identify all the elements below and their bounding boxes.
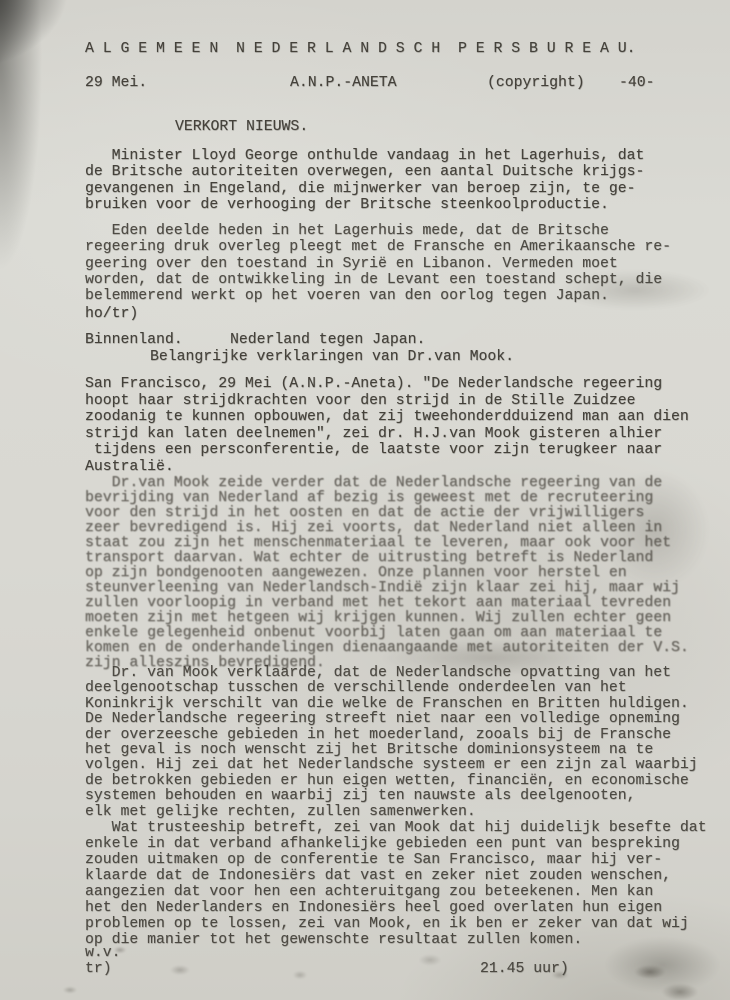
text-line: zoodanig te kunnen opbouwen, dat zij twe…	[85, 409, 689, 426]
text-line: hoopt haar strijdkrachten voor den strij…	[85, 393, 689, 410]
text-line: worden, dat de ontwikkeling in de Levant…	[85, 272, 671, 288]
rubric-label: Binnenland.	[85, 332, 183, 348]
text-line: moeten zijn met hetgeen wij krijgen kunn…	[85, 611, 689, 626]
text-line: aangezien dat voor hen een achteruitgang…	[85, 884, 707, 900]
text-line: op zijn bondgenooten aangewezen. Onze pl…	[85, 566, 689, 581]
text-line: systemen behouden en waarbij zij ten nau…	[85, 789, 698, 804]
news-paragraph-2: Eden deelde heden in het Lagerhuis mede,…	[85, 223, 671, 304]
article-headline: Nederland tegen Japan.	[230, 332, 425, 348]
text-line: der overzeesche gebieden in het moederla…	[85, 728, 698, 743]
text-line: deelgenootschap tusschen de verschillend…	[85, 681, 698, 696]
article-paragraph-1: San Francisco, 29 Mei (A.N.P.-Aneta). "D…	[85, 376, 689, 476]
text-line: elk met gelijke rechten, zullen samenwer…	[85, 805, 698, 820]
text-line: geering over den toestand in Syrië en Li…	[85, 256, 671, 272]
text-line: zeer bevredigend is. Hij zei voorts, dat…	[85, 521, 689, 536]
text-line: de betrokken gebieden er hun eigen wette…	[85, 774, 698, 789]
text-line: het den Nederlanders en Indonesiërs heel…	[85, 900, 707, 916]
text-line: de Britsche autoriteiten overwegen, een …	[85, 164, 644, 180]
text-line: enkele gelegenheid onbenut voorbij laten…	[85, 626, 689, 641]
article-paragraph-3: Dr. van Mook verklaarde, dat de Nederlan…	[85, 666, 698, 820]
text-line: De Nederlandsche regeering streeft niet …	[85, 712, 698, 727]
text-line: Koninkrijk verschilt van die welke de Fr…	[85, 697, 698, 712]
text-line: zouden uitmaken op de conferentie te San…	[85, 852, 707, 868]
document-page: A L G E M E E N N E D E R L A N D S C H …	[0, 0, 730, 1000]
text-line: bevrijding van Nederland af bezig is gew…	[85, 491, 689, 506]
text-line: tijdens een persconferentie, de laatste …	[85, 442, 689, 459]
article-paragraph-4: Wat trusteeship betreft, zei van Mook da…	[85, 820, 707, 948]
wire-service-label: A.N.P.-ANETA	[290, 75, 397, 91]
page-number: -40-	[619, 75, 655, 91]
text-line: transport daarvan. Wat echter de uitrust…	[85, 551, 689, 566]
agency-title: A L G E M E E N N E D E R L A N D S C H …	[85, 41, 636, 57]
section-heading: VERKORT NIEUWS.	[175, 119, 308, 135]
text-line: Minister Lloyd George onthulde vandaag i…	[85, 148, 644, 164]
text-line: volgen. Hij zei dat het Nederlandsche sy…	[85, 758, 698, 773]
text-line: strijd kan laten deelnemen", zei dr. H.J…	[85, 426, 689, 443]
text-line: gevangenen in Engeland, die mijnwerker v…	[85, 181, 644, 197]
text-line: staat zou zijn het menschenmateriaal te …	[85, 536, 689, 551]
text-line: regeering druk overleg pleegt met de Fra…	[85, 239, 671, 255]
paper-speckles	[0, 930, 730, 1000]
text-line: Wat trusteeship betreft, zei van Mook da…	[85, 820, 707, 836]
text-line: voor den strijd in het oosten en dat de …	[85, 506, 689, 521]
article-subheadline: Belangrijke verklaringen van Dr.van Mook…	[150, 349, 514, 365]
article-paragraph-2: Dr.van Mook zeide verder dat de Nederlan…	[85, 476, 689, 671]
text-line: San Francisco, 29 Mei (A.N.P.-Aneta). "D…	[85, 376, 689, 393]
text-line: belemmerend werkt op het voeren van den …	[85, 288, 671, 304]
news-paragraph-1: Minister Lloyd George onthulde vandaag i…	[85, 148, 644, 214]
date-label: 29 Mei.	[85, 75, 147, 91]
text-line: Eden deelde heden in het Lagerhuis mede,…	[85, 223, 671, 239]
text-line: bruiken voor de verhooging der Britsche …	[85, 197, 644, 213]
text-line: steunverleening van Nederlandsch-Indië z…	[85, 581, 689, 596]
text-line: Australië.	[85, 459, 689, 476]
text-line: klaarde dat de Indonesiërs dat vast en z…	[85, 868, 707, 884]
text-line: zullen voorloopig in verband met het tek…	[85, 596, 689, 611]
text-line: Dr.van Mook zeide verder dat de Nederlan…	[85, 476, 689, 491]
editor-initials: ho/tr)	[85, 306, 138, 322]
text-line: komen en de onderhandelingen dienaangaan…	[85, 641, 689, 656]
copyright-label: (copyright)	[487, 75, 585, 91]
text-line: enkele in dat verband afhankelijke gebie…	[85, 836, 707, 852]
